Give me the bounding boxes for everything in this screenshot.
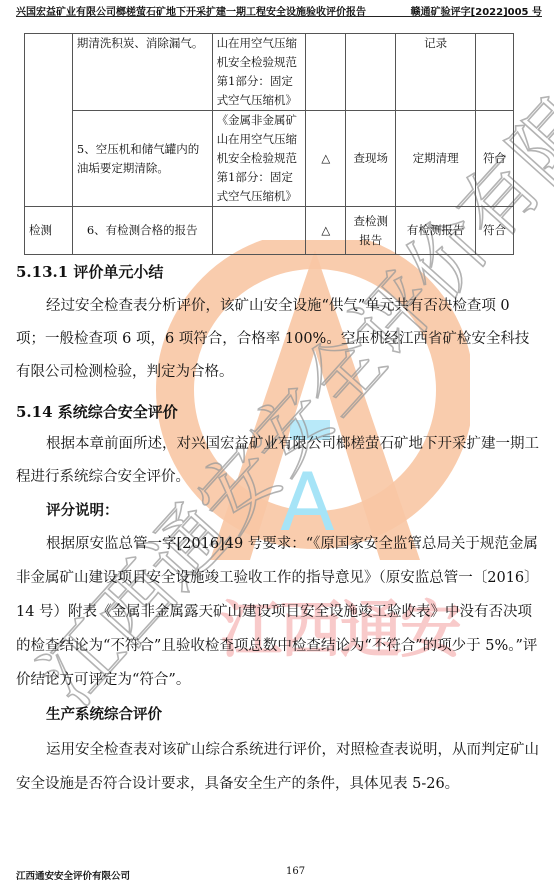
finding-cell: 有检测报告: [396, 207, 476, 255]
method-cell: [346, 34, 396, 111]
scoring-label: 评分说明：: [16, 494, 540, 527]
subheading: 生产系统综合评价: [16, 697, 540, 733]
category-cell: [25, 34, 73, 207]
method-cell: 查现场: [346, 111, 396, 207]
category-cell: 检测: [25, 207, 73, 255]
section-5-14: 5.14 系统综合安全评价 根据本章前面所述，对兴国宏益矿业有限公司榔槎萤石矿地…: [16, 398, 540, 801]
basis-cell: [212, 207, 306, 255]
result-cell: 符合: [476, 207, 514, 255]
intro-paragraph: 根据本章前面所述，对兴国宏益矿业有限公司榔槎萤石矿地下开采扩建一期工程进行系统综…: [16, 428, 540, 494]
item-cell: 6、有检测合格的报告: [72, 207, 212, 255]
footer-company: 江西通安安全评价有限公司: [16, 868, 130, 882]
method-cell: 查检测报告: [346, 207, 396, 255]
table-row: 检测 6、有检测合格的报告 △ 查检测报告 有检测报告 符合: [25, 207, 514, 255]
summary-paragraph: 经过安全检查表分析评价，该矿山安全设施“供气”单元共有否决检查项 0 项；一般检…: [16, 290, 540, 389]
header-divider: [16, 16, 542, 17]
production-paragraph: 运用安全检查表对该矿山综合系统进行评价，对照检查表说明，从而判定矿山安全设施是否…: [16, 733, 540, 801]
checklist-table: 期清洗积炭、消除漏气。 山在用空气压缩机安全检验规范第1部分：固定式空气压缩机》…: [24, 33, 514, 255]
item-cell: 期清洗积炭、消除漏气。: [72, 34, 212, 111]
report-title: 兴国宏益矿业有限公司榔槎萤石矿地下开采扩建一期工程安全设施验收评价报告: [16, 3, 366, 17]
type-cell: △: [306, 111, 346, 207]
basis-cell: 《金属非金属矿山在用空气压缩机安全检验规范第1部分：固定式空气压缩机》: [212, 111, 306, 207]
type-cell: △: [306, 207, 346, 255]
result-cell: [476, 34, 514, 111]
basis-cell: 山在用空气压缩机安全检验规范第1部分：固定式空气压缩机》: [212, 34, 306, 111]
page-number: 167: [286, 866, 305, 877]
section-5-13-1: 5.13.1 评价单元小结 经过安全检查表分析评价，该矿山安全设施“供气”单元共…: [16, 258, 540, 389]
item-cell: 5、空压机和储气罐内的油垢要定期清除。: [72, 111, 212, 207]
table-row: 期清洗积炭、消除漏气。 山在用空气压缩机安全检验规范第1部分：固定式空气压缩机》…: [25, 34, 514, 111]
scoring-paragraph: 根据原安监总管一字[2016]49 号要求：“《原国家安全监管总局关于规范金属非…: [16, 527, 540, 697]
finding-cell: 记录: [396, 34, 476, 111]
result-cell: 符合: [476, 111, 514, 207]
page-header: 兴国宏益矿业有限公司榔槎萤石矿地下开采扩建一期工程安全设施验收评价报告 赣通矿验…: [16, 3, 542, 17]
document-number: 赣通矿验评字[2022]005 号: [411, 3, 542, 17]
section-heading: 5.14 系统综合安全评价: [16, 398, 540, 426]
type-cell: [306, 34, 346, 111]
table-row: 5、空压机和储气罐内的油垢要定期清除。 《金属非金属矿山在用空气压缩机安全检验规…: [25, 111, 514, 207]
section-heading: 5.13.1 评价单元小结: [16, 258, 540, 286]
finding-cell: 定期清理: [396, 111, 476, 207]
